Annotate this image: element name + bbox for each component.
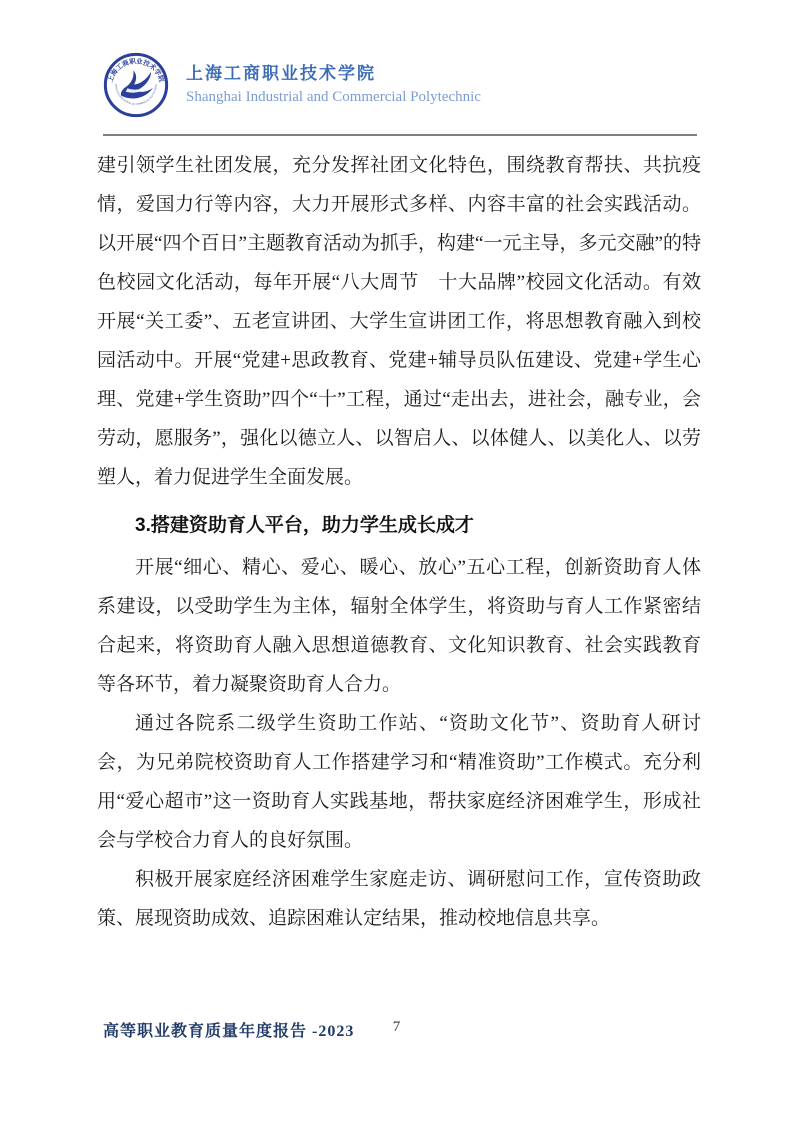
document-body: 建引领学生社团发展，充分发挥社团文化特色，围绕教育帮扶、共抗疫情，爱国力行等内容… <box>97 146 701 938</box>
body-paragraph: 开展“细心、精心、爱心、暖心、放心”五心工程，创新资助育人体系建设，以受助学生为… <box>97 548 701 704</box>
section-heading: 3.搭建资助育人平台，助力学生成长成才 <box>97 506 701 545</box>
school-name-zh: 上海工商职业技术学院 <box>186 62 481 86</box>
page-header: 上海工商职业技术学院 SHANGHAI INDUSTRIAL & COMMERC… <box>103 52 481 118</box>
body-paragraph: 通过各院系二级学生资助工作站、“资助文化节”、资助育人研讨会，为兄弟院校资助育人… <box>97 704 701 860</box>
body-paragraph: 积极开展家庭经济困难学生家庭走访、调研慰问工作，宣传资助政策、展现资助成效、追踪… <box>97 860 701 938</box>
school-logo-icon: 上海工商职业技术学院 SHANGHAI INDUSTRIAL & COMMERC… <box>103 52 169 118</box>
page-number: 7 <box>0 1019 793 1036</box>
school-name-en: Shanghai Industrial and Commercial Polyt… <box>186 86 481 108</box>
header-divider <box>103 134 697 136</box>
document-page: 上海工商职业技术学院 SHANGHAI INDUSTRIAL & COMMERC… <box>0 0 793 1122</box>
school-seal-icon: 上海工商职业技术学院 SHANGHAI INDUSTRIAL & COMMERC… <box>103 52 169 118</box>
page-footer: 高等职业教育质量年度报告 -2023 7 <box>0 1018 793 1048</box>
continuation-paragraph: 建引领学生社团发展，充分发挥社团文化特色，围绕教育帮扶、共抗疫情，爱国力行等内容… <box>97 146 701 497</box>
header-text-block: 上海工商职业技术学院 Shanghai Industrial and Comme… <box>186 62 481 108</box>
